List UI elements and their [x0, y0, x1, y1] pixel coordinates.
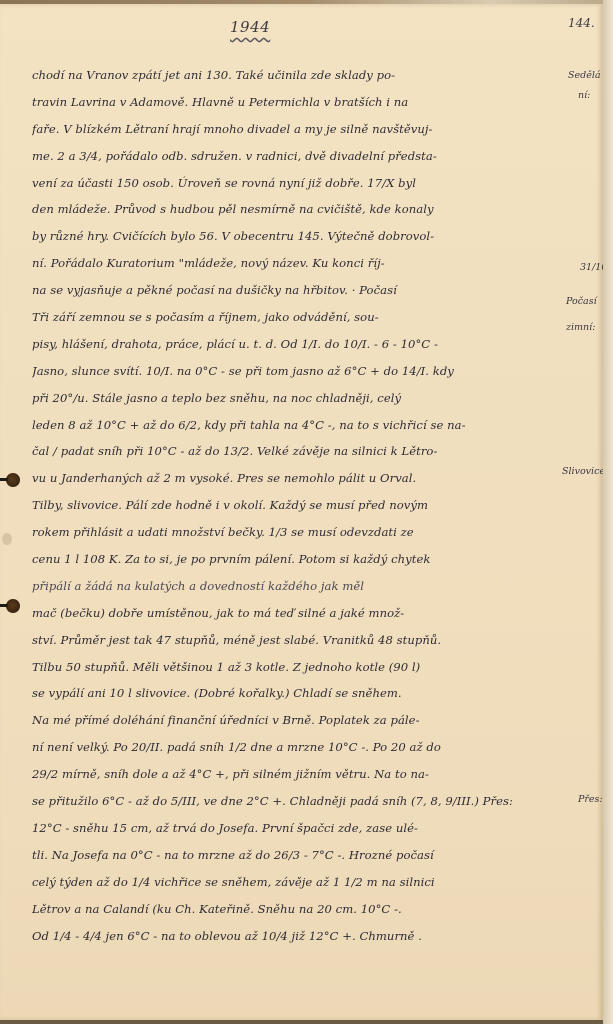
text-line: čal / padat sníh při 10°C - až do 13/2. …: [32, 438, 552, 465]
text-line: chodí na Vranov zpátí jet ani 130. Také …: [32, 62, 552, 89]
text-line: faře. V blízkém Lětraní hrají mnoho diva…: [32, 116, 552, 143]
text-line: rokem přihlásit a udati množství bečky. …: [32, 519, 552, 546]
text-line: připálí a žádá na kulatých a dovedností …: [32, 573, 552, 600]
margin-note: ní:: [578, 90, 590, 101]
handwritten-text-body: chodí na Vranov zpátí jet ani 130. Také …: [32, 62, 552, 949]
text-line: Jasno, slunce svítí. 10/I. na 0°C - se p…: [32, 358, 552, 385]
margin-note: Slivovice:: [562, 466, 608, 477]
text-line: den mládeže. Průvod s hudbou pěl nesmírn…: [32, 196, 552, 223]
paper-stain: [2, 533, 12, 545]
text-line: by různé hry. Cvičících bylo 56. V obece…: [32, 223, 552, 250]
handwritten-page: 1944 144. chodí na Vranov zpátí jet ani …: [0, 4, 603, 1020]
text-line: se vypálí ani 10 l slivovice. (Dobré koř…: [32, 680, 552, 707]
text-line: mač (bečku) dobře umístěnou, jak to má t…: [32, 600, 552, 627]
text-line: Na mé přímé doléhání finanční úředníci v…: [32, 707, 552, 734]
text-line: 12°C - sněhu 15 cm, až trvá do Josefa. P…: [32, 815, 552, 842]
text-line: pisy, hlášení, drahota, práce, plácí u. …: [32, 331, 552, 358]
margin-note: Počasí: [566, 296, 597, 307]
text-line: tli. Na Josefa na 0°C - na to mrzne až d…: [32, 842, 552, 869]
text-line: 29/2 mírně, sníh dole a až 4°C +, při si…: [32, 761, 552, 788]
page-year-heading: 1944: [230, 18, 270, 36]
text-line: ství. Průměr jest tak 47 stupňů, méně je…: [32, 627, 552, 654]
text-line: při 20°/u. Stále jasno a teplo bez sněhu…: [32, 385, 552, 412]
text-line: se přitužilo 6°C - až do 5/III, ve dne 2…: [32, 788, 552, 815]
text-line: me. 2 a 3/4, pořádalo odb. sdružen. v ra…: [32, 143, 552, 170]
text-line: ní není velký. Po 20/II. padá sníh 1/2 d…: [32, 734, 552, 761]
text-line: leden 8 až 10°C + až do 6/2, kdy při tah…: [32, 412, 552, 439]
text-line: vení za účasti 150 osob. Úroveň se rovná…: [32, 170, 552, 197]
binding-hole: [6, 599, 20, 613]
binding-hole: [6, 473, 20, 487]
text-line: Tilby, slivovice. Pálí zde hodně i v oko…: [32, 492, 552, 519]
text-line: Tři září zemnou se s počasím a říjnem, j…: [32, 304, 552, 331]
text-line: Lětrov a na Calandí (ku Ch. Kateřině. Sn…: [32, 896, 552, 923]
margin-note: Přes:: [578, 794, 603, 805]
text-line: celý týden až do 1/4 vichřice se sněhem,…: [32, 869, 552, 896]
text-line: Od 1/4 - 4/4 jen 6°C - na to oblevou až …: [32, 923, 552, 950]
text-line: cenu 1 l 108 K. Za to si, je po prvním p…: [32, 546, 552, 573]
text-line: na se vyjasňuje a pěkné počasí na dušičk…: [32, 277, 552, 304]
margin-note: zimní:: [566, 322, 595, 333]
text-line: ní. Pořádalo Kuratorium "mládeže, nový n…: [32, 250, 552, 277]
text-line: vu u Janderhaných až 2 m vysoké. Pres se…: [32, 465, 552, 492]
text-line: travin Lavrina v Adamově. Hlavně u Peter…: [32, 89, 552, 116]
margin-note: Sedělá: [568, 70, 601, 81]
page-number: 144.: [568, 16, 595, 30]
book-edge-right: [603, 0, 613, 1024]
text-line: Tilbu 50 stupňů. Měli většinou 1 až 3 ko…: [32, 654, 552, 681]
